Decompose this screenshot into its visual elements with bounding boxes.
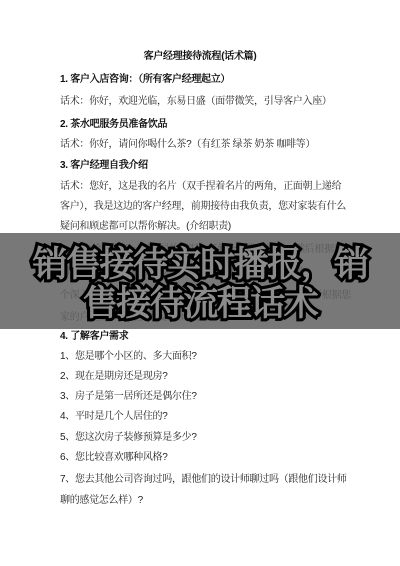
- doc-line: 2、现在是期房还是现房?: [60, 371, 346, 382]
- doc-title: 客户经理接待流程(话术篇): [0, 51, 400, 62]
- doc-line: 3、房子是第一居所还是偶尔住?: [60, 391, 346, 402]
- doc-line: 1、您是哪个小区的、多大面积?: [60, 351, 346, 362]
- doc-line: 聊的感觉怎么样）?: [60, 495, 346, 506]
- document-page: 客户经理接待流程(话术篇) 1. 客户入店咨询：（所有客户经理起立） 话术：你好…: [0, 0, 400, 566]
- doc-line: 话术：你好，请问你喝什么茶?（有红茶 绿茶 奶茶 咖啡等）: [60, 139, 346, 150]
- overlay-caption-line1: 销售接待实时播报，销 销售接待实时播报，销: [0, 245, 400, 285]
- doc-line: 话术：你好，欢迎光临，东易日盛（面带微笑，引导客户入座）: [60, 96, 346, 107]
- overlay-caption-text: 售接待流程话术: [83, 284, 318, 323]
- doc-line: 话术：您好，这是我的名片（双手捏着名片的两角，正面朝上递给: [60, 181, 346, 192]
- doc-heading-2: 2. 茶水吧服务员准备饮品: [60, 119, 346, 130]
- doc-line: 5、您这次房子装修预算是多少?: [60, 432, 346, 443]
- doc-heading-1: 1. 客户入店咨询：（所有客户经理起立）: [60, 74, 346, 85]
- overlay-caption-line2: 售接待流程话术 售接待流程话术: [0, 284, 400, 324]
- doc-line: 4、平时是几个人居住的?: [60, 411, 346, 422]
- doc-line: 客户），我是这边的客户经理，前期接待由我负责，您对家装有什么: [60, 201, 346, 212]
- doc-line: 疑问和顾虑都可以帮你解决。(介绍职责): [60, 221, 346, 232]
- overlay-caption-text: 销售接待实时播报，销: [32, 245, 367, 284]
- doc-line: 6、您比较喜欢哪种风格?: [60, 452, 346, 463]
- doc-heading-4: 4. 了解客户需求: [60, 331, 346, 342]
- doc-line: 7、您去其他公司咨询过吗，跟他们的设计师聊过吗（跟他们设计师: [60, 474, 346, 485]
- doc-heading-3: 3. 客户经理自我介绍: [60, 160, 346, 171]
